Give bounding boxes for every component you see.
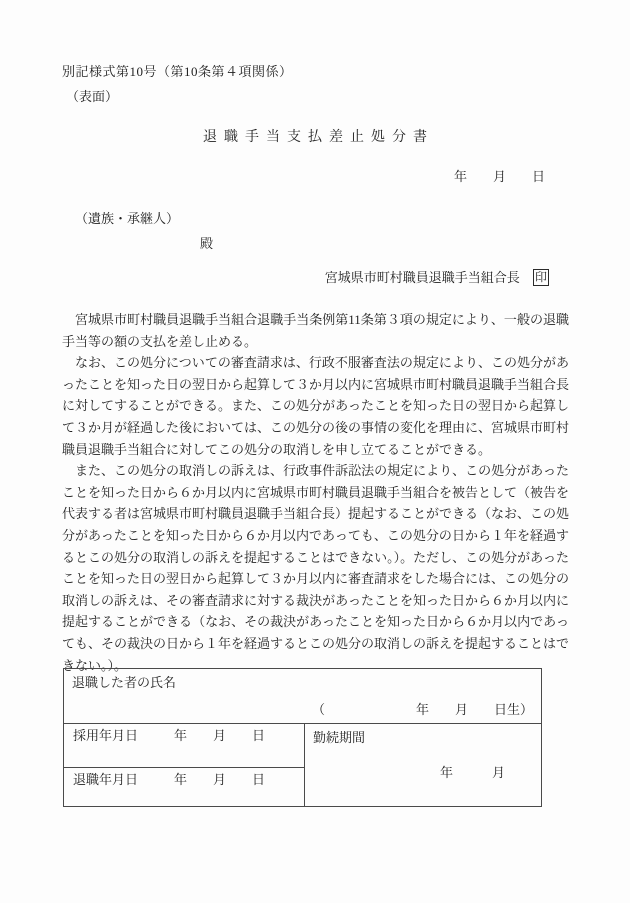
hire-date-label: 採用年月日 [73, 725, 138, 744]
form-number: 別記様式第10号（第10条第４項関係） [62, 61, 293, 80]
issuer-name: 宮城県市町村職員退職手当組合長 [325, 270, 520, 285]
birth-date-line: （ 年 月 日生） [72, 699, 533, 718]
hire-date-row: 採用年月日 年 月 日 [65, 725, 303, 744]
document-page: 別記様式第10号（第10条第４項関係） （表面） 退職手当支払差止処分書 年 月… [0, 0, 630, 903]
addressee-parenthetical: （遺族・承継人） [75, 208, 179, 227]
document-title: 退職手当支払差止処分書 [0, 126, 630, 146]
service-period-value: 年 月 [305, 762, 541, 781]
issue-date-line: 年 月 日 [454, 166, 545, 185]
retire-date-label: 退職年月日 [73, 769, 138, 788]
retire-date-value: 年 月 日 [174, 769, 265, 788]
table-row: 退職した者の氏名 （ 年 月 日生） [64, 669, 542, 724]
hire-date-cell: 採用年月日 年 月 日 [64, 724, 305, 768]
retiree-name-cell: 退職した者の氏名 （ 年 月 日生） [64, 669, 542, 724]
side-label: （表面） [66, 86, 118, 105]
paragraph-suspension: 宮城県市町村職員退職手当組合退職手当条例第11条第３項の規定により、一般の退職手… [62, 309, 569, 352]
service-period-cell: 勤続期間 年 月 [305, 724, 542, 807]
hire-date-value: 年 月 日 [174, 725, 265, 744]
retire-date-cell: 退職年月日 年 月 日 [64, 768, 305, 807]
retiree-info-table: 退職した者の氏名 （ 年 月 日生） 採用年月日 年 月 日 勤続期間 年 月 [63, 668, 542, 807]
table-row: 採用年月日 年 月 日 勤続期間 年 月 [64, 724, 542, 768]
retire-date-row: 退職年月日 年 月 日 [65, 769, 303, 788]
body-text: 宮城県市町村職員退職手当組合退職手当条例第11条第３項の規定により、一般の退職手… [62, 309, 569, 676]
addressee-honorific: 殿 [200, 233, 213, 252]
paragraph-revocation-lawsuit: また、この処分の取消しの訴えは、行政事件訴訟法の規定により、この処分があったこと… [62, 460, 569, 676]
seal-mark: 印 [533, 269, 549, 286]
paragraph-review-request: なお、この処分についての審査請求は、行政不服審査法の規定により、この処分があった… [62, 352, 569, 460]
retiree-name-label: 退職した者の氏名 [72, 672, 533, 691]
issuer-line: 宮城県市町村職員退職手当組合長 印 [325, 267, 549, 286]
service-period-label: 勤続期間 [305, 724, 541, 746]
